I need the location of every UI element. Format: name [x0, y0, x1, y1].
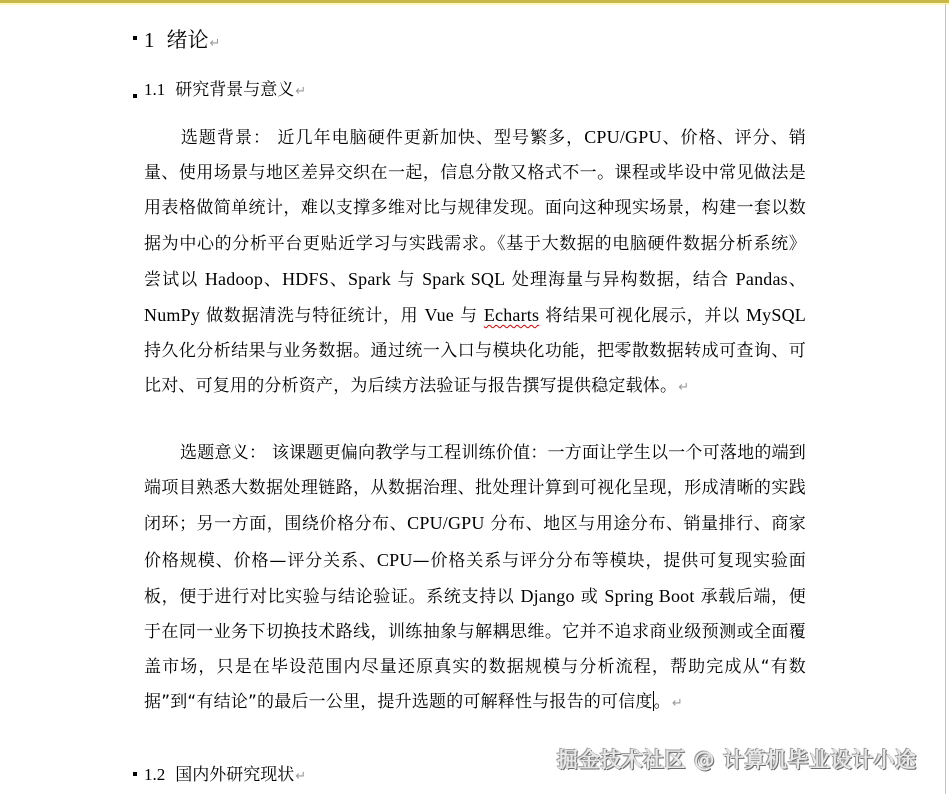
page-right-edge — [945, 4, 946, 794]
paragraph-background[interactable]: 选题背景： 近几年电脑硬件更新加快、型号繁多，CPU/GPU、价格、评分、销量、… — [144, 120, 806, 406]
heading-title: 绪论 — [167, 28, 209, 52]
heading-number: 1.2 — [144, 765, 165, 784]
paragraph-significance[interactable]: 选题意义： 该课题更偏向教学与工程训练价值：一方面让学生以一个可落地的端到端项目… — [144, 436, 806, 722]
heading-marker-icon — [133, 772, 137, 776]
paragraph-label: 选题意义： — [180, 443, 266, 463]
heading-number: 1.1 — [144, 80, 165, 99]
page-top-border — [0, 0, 949, 5]
heading-title: 研究背景与意义 — [175, 80, 294, 100]
paragraph-mark-icon: ↵ — [678, 380, 689, 395]
heading-1-2[interactable]: 1.2国内外研究现状↵ — [144, 763, 306, 789]
paragraph-label: 选题背景： — [180, 128, 271, 148]
spellcheck-flagged-word[interactable]: Echarts — [484, 305, 539, 325]
paragraph-mark-icon: ↵ — [210, 36, 221, 51]
heading-number: 1 — [144, 28, 155, 52]
heading-marker-icon — [133, 36, 137, 40]
paragraph-mark-icon: ↵ — [295, 769, 306, 784]
document-page[interactable]: 1绪论↵ 1.1研究背景与意义↵ 选题背景： 近几年电脑硬件更新加快、型号繁多，… — [0, 0, 949, 794]
heading-marker-icon — [133, 94, 137, 98]
heading-1-1[interactable]: 1.1研究背景与意义↵ — [144, 78, 306, 104]
heading-1[interactable]: 1绪论↵ — [144, 26, 220, 58]
heading-title: 国内外研究现状 — [175, 765, 294, 785]
paragraph-mark-icon: ↵ — [295, 84, 306, 99]
watermark: 掘金技术社区 @ 计算机毕业设计小途 — [557, 744, 917, 774]
paragraph-mark-icon: ↵ — [672, 696, 683, 711]
